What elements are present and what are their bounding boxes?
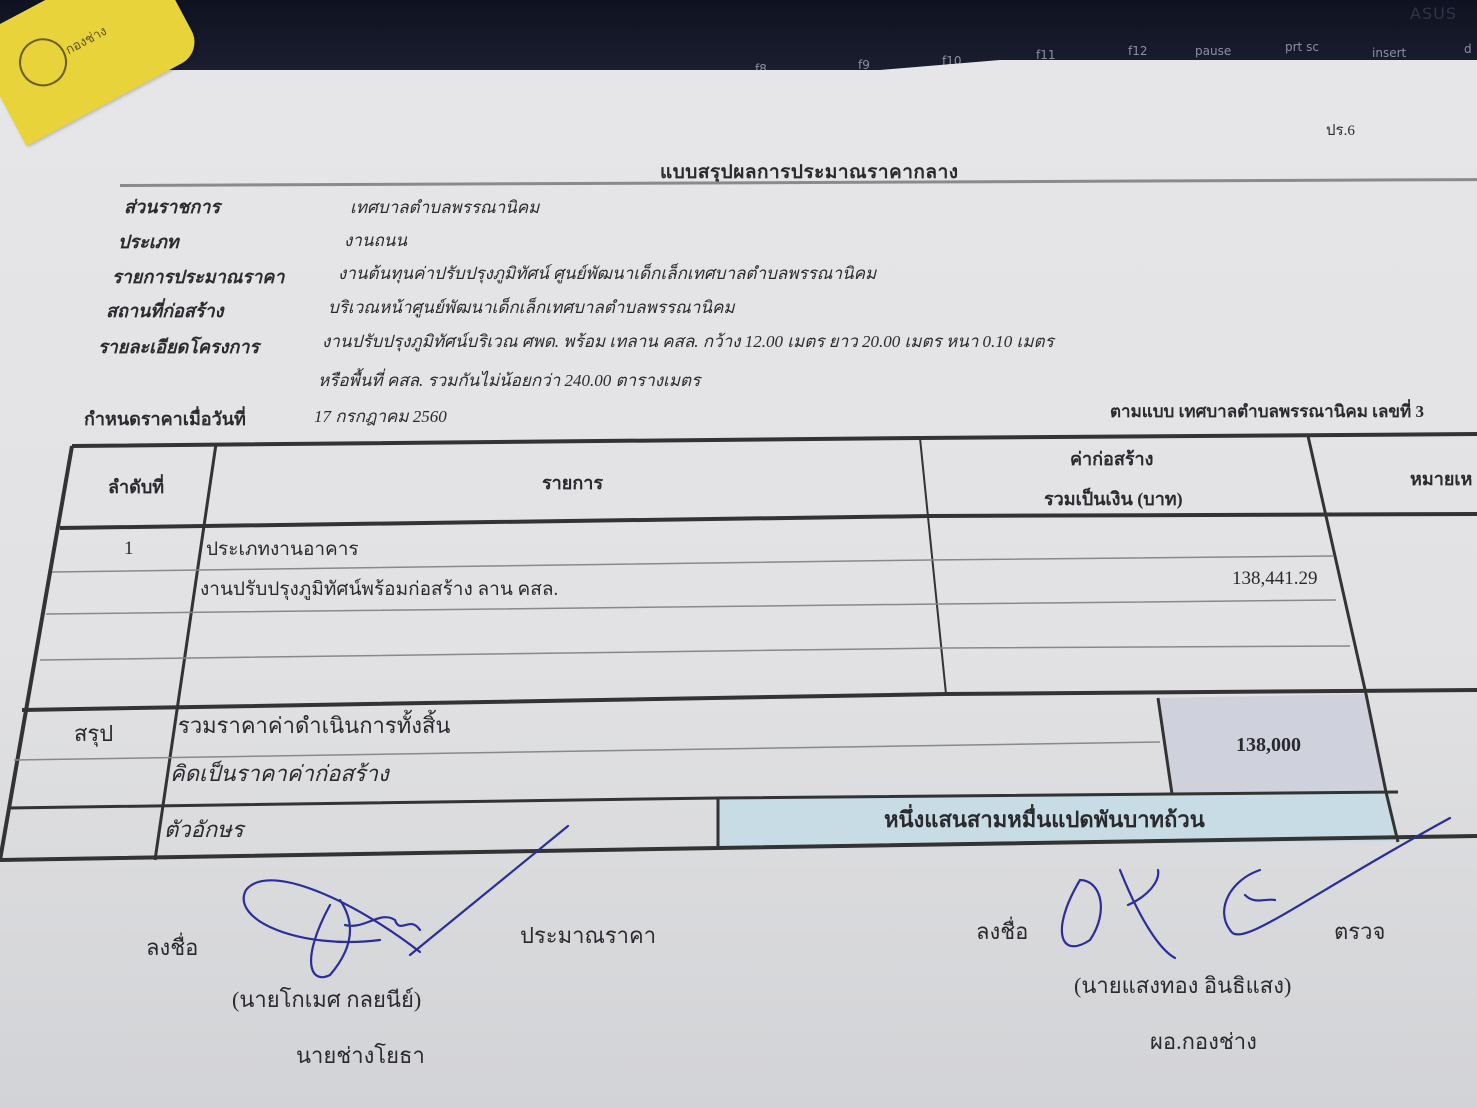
laptop-brand: ASUS bbox=[1410, 4, 1457, 23]
site-value: บริเวณหน้าศูนย์พัฒนาเด็กเล็กเทศบาลตำบลพร… bbox=[328, 294, 735, 321]
key-f9: f9 bbox=[858, 58, 870, 72]
estimate-item-label: รายการประมาณราคา bbox=[112, 262, 284, 291]
key-delete: d bbox=[1464, 42, 1472, 56]
site-label: สถานที่ก่อสร้าง bbox=[106, 296, 223, 325]
project-detail-label: รายละเอียดโครงการ bbox=[98, 332, 259, 361]
inspector-position: ผอ.กองช่าง bbox=[1150, 1024, 1257, 1059]
estimator-position: นายช่างโยธา bbox=[296, 1038, 425, 1073]
key-pause: pause bbox=[1195, 44, 1231, 58]
key-prtsc: prt sc bbox=[1285, 40, 1319, 54]
type-value: งานถนน bbox=[344, 227, 407, 254]
key-f12: f12 bbox=[1128, 44, 1148, 58]
agency-label: ส่วนราชการ bbox=[124, 192, 220, 221]
estimator-name: (นายโกเมศ กลยนีย์) bbox=[232, 982, 421, 1017]
spec-reference: ตามแบบ เทศบาลตำบลพรรณานิคม เลขที่ 3 bbox=[1110, 398, 1424, 425]
inspector-name: (นายแสงทอง อินธิแสง) bbox=[1074, 968, 1291, 1003]
inspector-role: ตรวจ bbox=[1334, 914, 1385, 949]
estimator-role: ประมาณราคา bbox=[520, 918, 656, 953]
estimate-item-value: งานต้นทุนค่าปรับปรุงภูมิทัศน์ ศูนย์พัฒนา… bbox=[338, 260, 876, 287]
project-detail-line1: งานปรับปรุงภูมิทัศน์บริเวณ ศพด. พร้อม เท… bbox=[322, 328, 1054, 355]
stamp-text: กองช่าง bbox=[61, 20, 110, 59]
estimator-sign-label: ลงชื่อ bbox=[146, 930, 198, 965]
project-detail-line2: หรือพื้นที่ คสล. รวมกันไม่น้อยกว่า 240.0… bbox=[318, 367, 700, 394]
form-code: ปร.6 bbox=[1326, 118, 1355, 142]
document-page bbox=[0, 60, 1477, 1108]
type-label: ประเภท bbox=[118, 227, 179, 256]
key-insert: insert bbox=[1372, 46, 1406, 60]
key-f11: f11 bbox=[1036, 48, 1056, 62]
price-date-value: 17 กรกฎาคม 2560 bbox=[314, 403, 447, 430]
inspector-sign-label: ลงชื่อ bbox=[976, 914, 1028, 949]
price-date-label: กำหนดราคาเมื่อวันที่ bbox=[84, 404, 246, 433]
agency-value: เทศบาลตำบลพรรณานิคม bbox=[350, 194, 539, 221]
